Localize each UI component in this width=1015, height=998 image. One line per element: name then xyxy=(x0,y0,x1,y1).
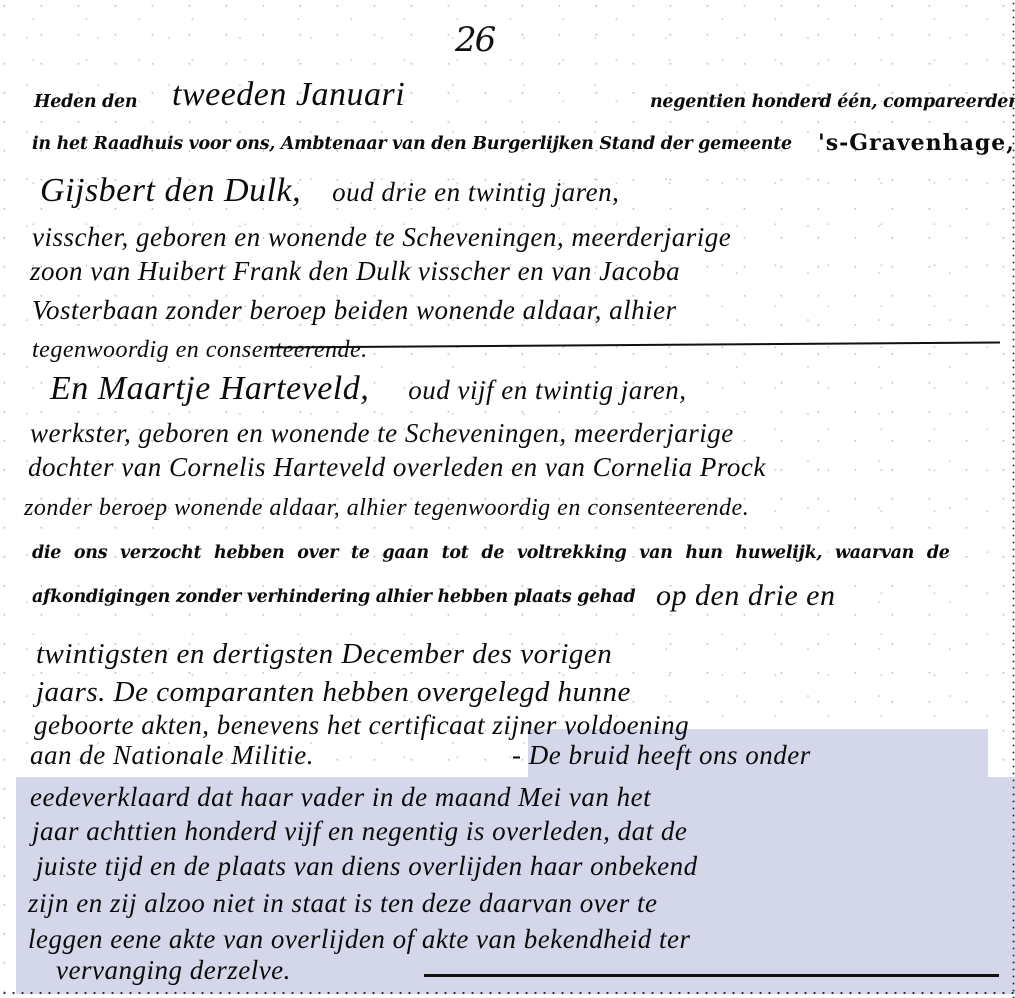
record-line-6: Vosterbaan zonder beroep beiden wonende … xyxy=(32,295,677,326)
record-line-22: leggen eene akte van overlijden of akte … xyxy=(28,924,690,955)
printed-text: afkondigingen zonder verhindering alhier… xyxy=(32,587,635,607)
fill-line-divider xyxy=(270,341,1000,348)
record-line-19: jaar achttien honderd vijf en negentig i… xyxy=(32,816,687,847)
document-page: 26 Heden den tweeden Januari negentien h… xyxy=(0,0,1015,998)
record-line-9: werkster, geboren en wonende te Scheveni… xyxy=(30,418,734,449)
scan-edge-noise xyxy=(0,990,1015,998)
fill-line-end xyxy=(424,974,999,977)
bride-name: En Maartje Harteveld, xyxy=(50,370,369,407)
bride-name-line: En Maartje Harteveld, oud vijf en twinti… xyxy=(50,370,687,408)
page-number: 26 xyxy=(455,20,494,60)
printed-text: in het Raadhuis voor ons, Ambtenaar van … xyxy=(32,134,792,154)
record-line-15: jaars. De comparanten hebben overgelegd … xyxy=(36,676,631,709)
record-line-5: zoon van Huibert Frank den Dulk visscher… xyxy=(30,256,680,287)
groom-name: Gijsbert den Dulk, xyxy=(40,172,301,209)
groom-age: oud drie en twintig jaren, xyxy=(332,177,619,207)
record-line-7: tegenwoordig en consenteerende. xyxy=(32,337,368,364)
record-line-14: twintigsten en dertigsten December des v… xyxy=(36,638,612,671)
record-line-23: vervanging derzelve. xyxy=(56,955,291,986)
record-line-16: geboorte akten, benevens het certificaat… xyxy=(34,710,689,741)
handwritten-date: tweeden Januari xyxy=(172,76,405,114)
handwritten-date: op den drie en xyxy=(656,579,835,613)
record-line-18: eedeverklaard dat haar vader in de maand… xyxy=(30,782,651,813)
printed-text: Heden den xyxy=(34,92,137,112)
record-line-4: visscher, geboren en wonende te Scheveni… xyxy=(32,222,731,253)
record-line-20: juiste tijd en de plaats van diens overl… xyxy=(36,851,698,882)
bride-age: oud vijf en twintig jaren, xyxy=(408,375,686,405)
highlighted-handwritten-text: - De bruid heeft ons onder xyxy=(512,740,811,771)
groom-name-line: Gijsbert den Dulk, oud drie en twintig j… xyxy=(40,172,619,210)
city-name-blackletter: 's-Gravenhage, xyxy=(818,130,1015,156)
handwritten-text: aan de Nationale Militie. xyxy=(30,740,314,771)
record-line-21: zijn en zij alzoo niet in staat is ten d… xyxy=(28,888,657,919)
record-line-11: zonder beroep wonende aldaar, alhier teg… xyxy=(24,495,749,522)
printed-text: negentien honderd één, compareerden xyxy=(650,92,1015,112)
record-line-10: dochter van Cornelis Harteveld overleden… xyxy=(28,452,766,483)
record-line-12: die ons verzocht hebben over te gaan tot… xyxy=(32,543,950,563)
